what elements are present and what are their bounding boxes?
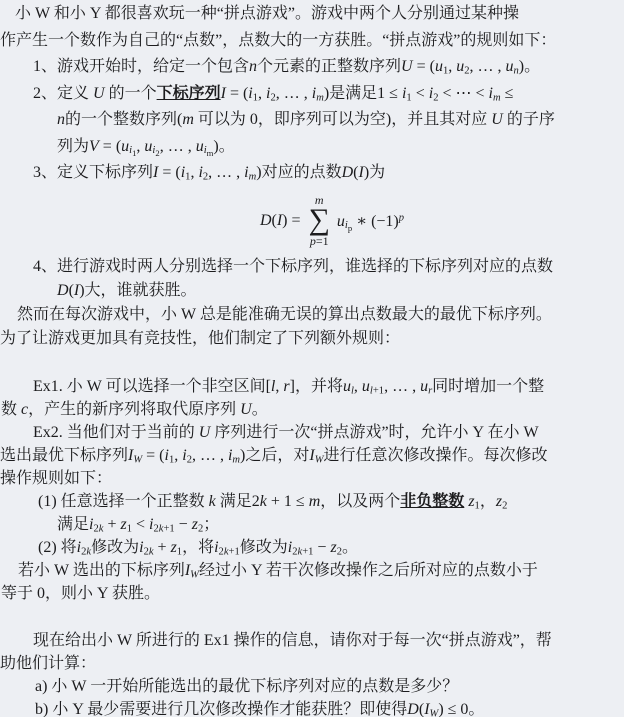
ex1-line-1: Ex1. 小 W 可以选择一个非空区间[l, r]，并将ul, ul+1, … …	[33, 375, 624, 398]
ex2-line-2: 选出最优下标序列IW = (i1, i2, … , im)之后，对IW进行任意次…	[0, 444, 624, 467]
sigma-glyph: ∑	[309, 206, 330, 235]
rule-4-line-1: 4、进行游戏时两人分别选择一个下标序列，谁选择的下标序列对应的点数	[33, 255, 624, 279]
question-a: a) 小 W 一开始所能选出的最优下标序列对应的点数是多少？	[35, 675, 624, 698]
win-condition-line-2: 等于 0，则小 Y 获胜。	[1, 582, 624, 605]
modify-op-1-line-1: (1) 任意选择一个正整数 k 满足2k + 1 ≤ m，以及两个非负整数 z1…	[38, 490, 624, 513]
intro-line-1: 小 W 和小 Y 都很喜欢玩一种“拼点游戏”。游戏中两个人分别通过某种操	[15, 1, 624, 28]
question-b: b) 小 Y 最少需要进行几次修改操作才能获胜？即使得D(IW) ≤ 0。	[35, 698, 624, 717]
formula-lhs: D(I) =	[260, 212, 301, 230]
ex1-line-2: 数 c，产生的新序列将取代原序列 U。	[1, 398, 624, 421]
note-line-1: 然而在每次游戏中，小 W 总是能准确无误的算出点数最大的最优下标序列。	[17, 303, 624, 327]
rule-2-line-3: 列为V = (ui1, ui2, … , uim)。	[57, 134, 624, 161]
blank-line	[0, 605, 624, 629]
win-condition-line-1: 若小 W 选出的下标序列IW经过小 Y 若干次修改操作之后所对应的点数小于	[18, 559, 624, 582]
score-formula: D(I) = m ∑ p=1 uip ∗ (−1)p	[260, 194, 404, 247]
blank-line	[0, 351, 624, 375]
rule-2-line-1: 2、定义 U 的一个下标序列I = (i1, i2, … , im)是满足1 ≤…	[33, 81, 624, 108]
rule-4-line-2: D(I)大，谁就获胜。	[57, 279, 624, 303]
note-line-2: 为了让游戏更加具有竞技性，他们制定了下列额外规则：	[0, 327, 624, 351]
intro-line-2: 作产生一个数作为自己的“点数”，点数大的一方获胜。“拼点游戏”的规则如下：	[0, 28, 624, 55]
modify-op-1-line-2: 满足i2k + z1 < i2k+1 − z2；	[57, 513, 624, 536]
formula-block: D(I) = m ∑ p=1 uip ∗ (−1)p	[0, 187, 624, 255]
rule-2-line-2: n的一个整数序列(m 可以为 0，即序列可以为空)，并且其对应 U 的子序	[57, 107, 624, 134]
problem-statement: 小 W 和小 Y 都很喜欢玩一种“拼点游戏”。游戏中两个人分别通过某种操 作产生…	[0, 0, 624, 717]
rule-1: 1、游戏开始时，给定一个包含n个元素的正整数序列U = (u1, u2, … ,…	[33, 54, 624, 81]
formula-rhs: uip ∗ (−1)p	[337, 211, 404, 231]
task-line-2: 助他们计算：	[0, 652, 624, 675]
ex2-line-1: Ex2. 当他们对于当前的 U 序列进行一次“拼点游戏”时，允许小 Y 在小 W	[33, 421, 624, 444]
summation-symbol: m ∑ p=1	[309, 194, 330, 247]
sum-lower-limit: p=1	[310, 235, 329, 247]
modify-op-2: (2) 将i2k修改为i2k + z1，将i2k+1修改为i2k+1 − z2。	[38, 536, 624, 559]
task-line-1: 现在给出小 W 所进行的 Ex1 操作的信息，请你对于每一次“拼点游戏”，帮	[33, 629, 624, 652]
rule-3: 3、定义下标序列I = (i1, i2, … , im)对应的点数D(I)为	[33, 160, 624, 187]
ex2-line-3: 操作规则如下：	[0, 467, 624, 490]
